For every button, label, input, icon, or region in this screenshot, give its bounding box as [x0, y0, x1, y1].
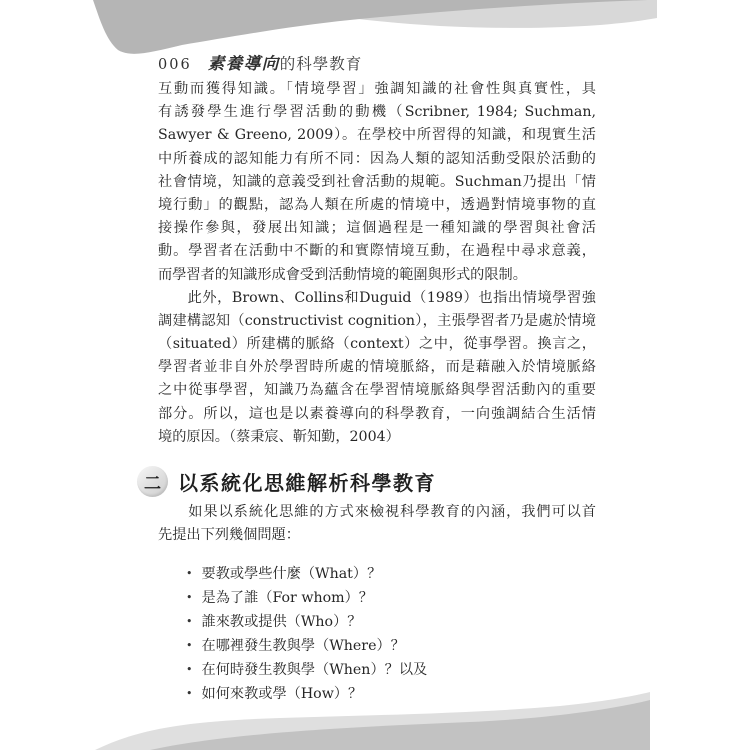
- question-text: 誰來教或提供（Who）？: [202, 614, 362, 630]
- question-item: •如何來教或學（How）？: [158, 682, 596, 706]
- top-swoosh-dark: [93, 0, 648, 54]
- text-line: 調建構認知（constructivist cognition），主張學習者乃是處…: [158, 310, 596, 333]
- text-line: 互動而獲得知識。「情境學習」強調知識的社會性與真實性，具: [158, 78, 596, 101]
- question-item: •要教或學些什麼（What）？: [158, 562, 596, 586]
- book-title-rest: 的科學教育: [280, 52, 363, 74]
- page-header: 006 素養導向 的科學教育: [158, 50, 362, 74]
- bullet-dot-icon: •: [186, 591, 193, 604]
- bullet-dot-icon: •: [186, 567, 193, 580]
- book-title-script: 素養導向: [208, 50, 280, 74]
- text-line: 部分。所以，這也是以素養導向的科學教育，一向強調結合生活情: [158, 403, 596, 426]
- question-text: 要教或學些什麼（What）？: [202, 566, 382, 582]
- text-line: 之中從事學習，知識乃為蘊含在學習情境脈絡與學習活動內的重要: [158, 379, 596, 402]
- question-text: 是為了誰（For whom）？: [202, 590, 374, 606]
- text-line: 此外，Brown、Collins和Duguid（1989）也指出情境學習強: [158, 287, 596, 310]
- text-line: （situated）所建構的脈絡（context）之中，從事學習。換言之，: [158, 333, 596, 356]
- section-number-badge: 二: [137, 466, 168, 497]
- bullet-dot-icon: •: [186, 663, 193, 676]
- bullet-dot-icon: •: [186, 639, 193, 652]
- text-line: 社會情境，知識的意義受到社會活動的規範。Suchman乃提出「情: [158, 171, 596, 194]
- text-line: 境的原因。（蔡秉宸、靳知勤，2004）: [158, 426, 596, 449]
- text-line: 先提出下列幾個問題：: [158, 524, 596, 547]
- bullet-dot-icon: •: [186, 687, 193, 700]
- page-number: 006: [158, 57, 192, 73]
- question-text: 在哪裡發生教與學（Where）？: [202, 638, 405, 654]
- text-line: 境行動」的觀點，認為人類在所處的情境中，透過對情境事物的直: [158, 194, 596, 217]
- text-line: 有誘發學生進行學習活動的動機（Scribner, 1984; Suchman, …: [158, 101, 596, 124]
- text-line: 接操作參與，發展出知識；這個過程是一種知識的學習與社會活: [158, 217, 596, 240]
- paragraph-1: 互動而獲得知識。「情境學習」強調知識的社會性與真實性，具有誘發學生進行學習活動的…: [158, 78, 596, 287]
- text-line: 中所養成的認知能力有所不同：因為人類的認知活動受限於活動的: [158, 148, 596, 171]
- question-text: 如何來教或學（How）？: [202, 686, 363, 702]
- section-heading: 二 以系統化思維解析科學教育: [137, 466, 436, 497]
- text-line: 而學習者的知識形成會受到活動情境的範圍與形式的限制。: [158, 264, 596, 287]
- text-line: 學習者並非自外於學習時所處的情境脈絡，而是藉融入於情境脈絡: [158, 356, 596, 379]
- book-page: 006 素養導向 的科學教育 互動而獲得知識。「情境學習」強調知識的社會性與真實…: [0, 0, 750, 750]
- text-line: 動。學習者在活動中不斷的和實際情境互動，在過程中尋求意義，: [158, 240, 596, 263]
- question-text: 在何時發生教與學（When）？以及: [202, 662, 428, 678]
- text-line: Sawyer & Greeno, 2009）。在學校中所習得的知識，和現實生活: [158, 124, 596, 147]
- section-title: 以系統化思維解析科學教育: [178, 467, 436, 496]
- question-item: •在哪裡發生教與學（Where）？: [158, 634, 596, 658]
- paragraph-3: 如果以系統化思維的方式來檢視科學教育的內涵，我們可以首先提出下列幾個問題：: [158, 501, 596, 547]
- bullet-dot-icon: •: [186, 615, 193, 628]
- text-line: 如果以系統化思維的方式來檢視科學教育的內涵，我們可以首: [158, 501, 596, 524]
- question-item: •在何時發生教與學（When）？以及: [158, 658, 596, 682]
- question-item: •誰來教或提供（Who）？: [158, 610, 596, 634]
- bottom-swoosh-mid: [150, 700, 650, 750]
- question-list: •要教或學些什麼（What）？•是為了誰（For whom）？•誰來教或提供（W…: [158, 562, 596, 706]
- paragraph-2: 此外，Brown、Collins和Duguid（1989）也指出情境學習強調建構…: [158, 287, 596, 449]
- question-item: •是為了誰（For whom）？: [158, 586, 596, 610]
- top-swoosh-light: [245, 0, 657, 28]
- body-text: 互動而獲得知識。「情境學習」強調知識的社會性與真實性，具有誘發學生進行學習活動的…: [158, 78, 596, 449]
